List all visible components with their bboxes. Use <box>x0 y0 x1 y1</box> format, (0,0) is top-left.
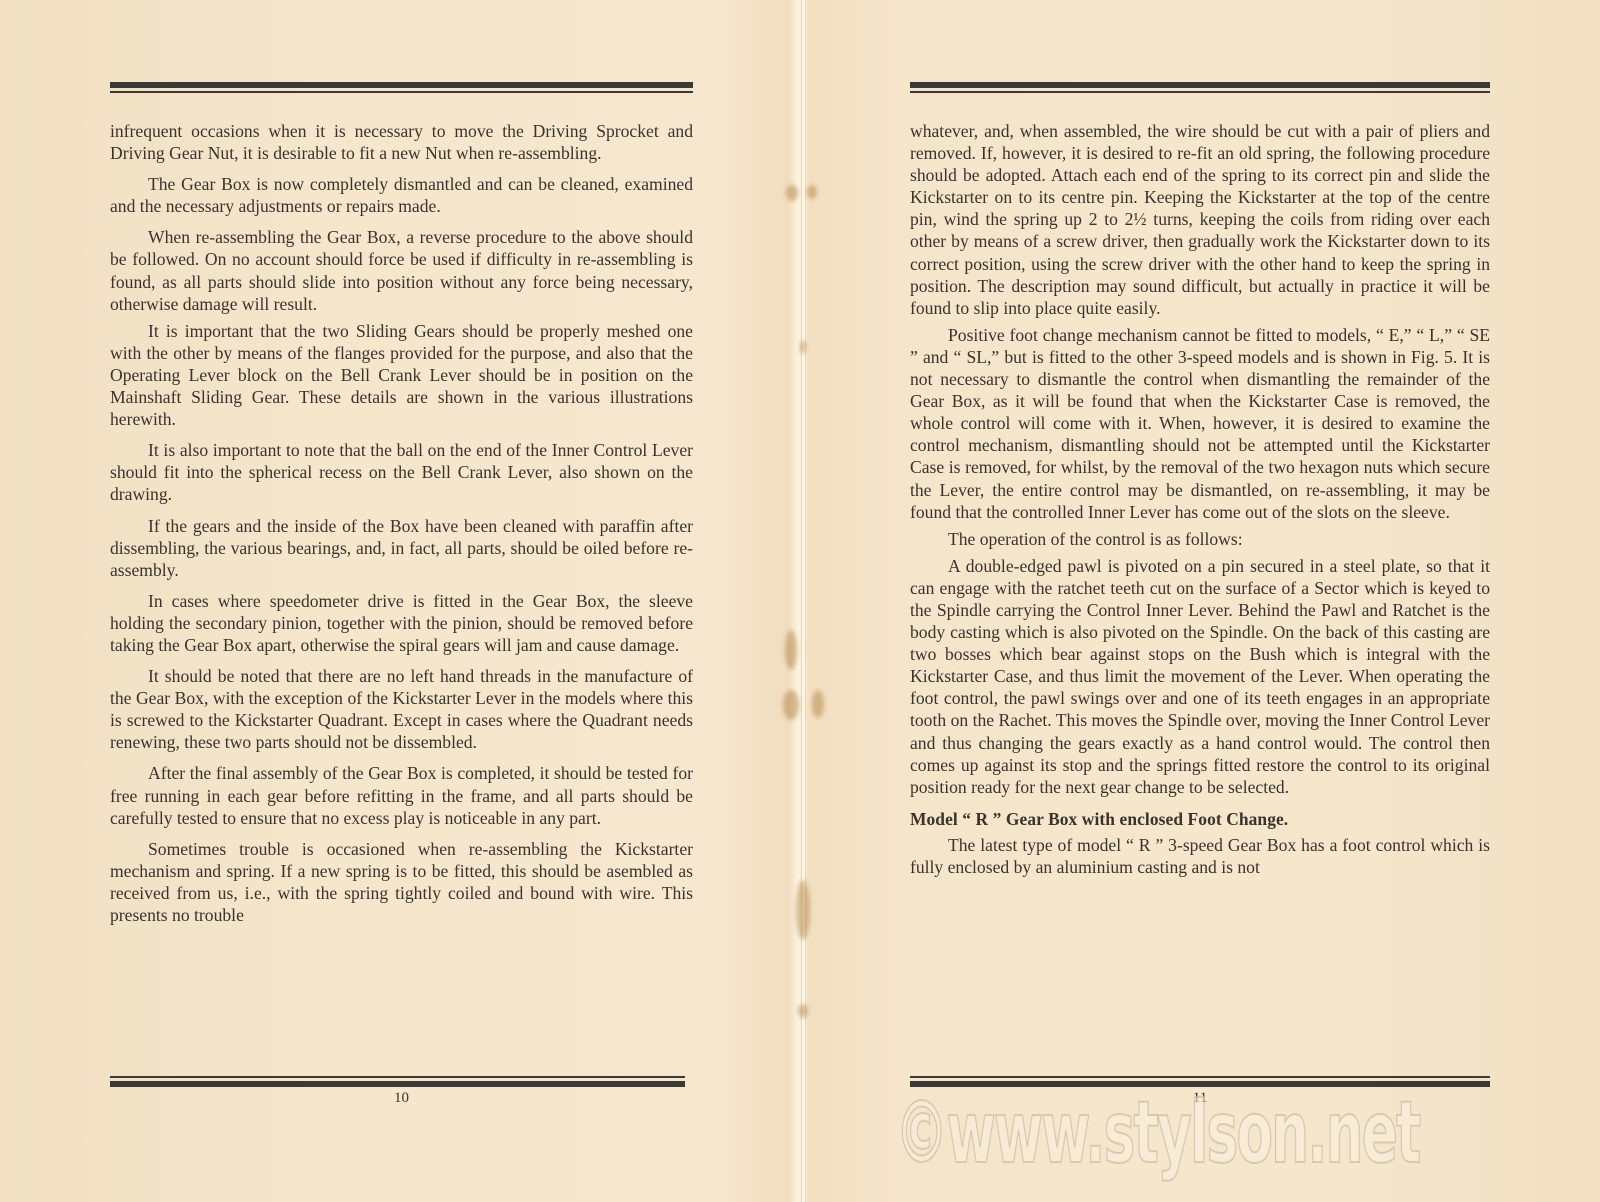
staple-stain <box>812 690 824 718</box>
paragraph: Positive foot change mechanism cannot be… <box>910 324 1490 523</box>
paragraph: infrequent occasions when it is necessar… <box>110 120 693 164</box>
paragraph: It is also important to note that the ba… <box>110 439 693 505</box>
paragraph: After the final assembly of the Gear Box… <box>110 762 693 828</box>
paragraph: whatever, and, when assembled, the wire … <box>910 120 1490 319</box>
paragraph: The Gear Box is now completely dismantle… <box>110 173 693 217</box>
footer-double-rule <box>110 1076 685 1088</box>
staple-stain <box>783 690 799 720</box>
paragraph: It should be noted that there are no lef… <box>110 665 693 753</box>
right-page-body: whatever, and, when assembled, the wire … <box>910 120 1490 887</box>
staple-stain <box>798 1004 808 1018</box>
staple-stain <box>785 630 797 670</box>
page-number: 10 <box>110 1090 693 1107</box>
header-double-rule <box>910 82 1490 94</box>
staple-stain <box>800 340 806 354</box>
staple-stain <box>796 880 810 940</box>
paragraph: Sometimes trouble is occasioned when re-… <box>110 838 693 926</box>
copyright-watermark: ©www.stylson.net <box>895 1090 1420 1176</box>
paragraph: It is important that the two Sliding Gea… <box>110 320 693 430</box>
book-gutter <box>802 0 805 1202</box>
paragraph: The latest type of model “ R ” 3-speed G… <box>910 834 1490 878</box>
header-double-rule <box>110 82 693 94</box>
staple-stain <box>807 185 817 199</box>
left-page-body: infrequent occasions when it is necessar… <box>110 120 693 935</box>
paragraph: When re-assembling the Gear Box, a rever… <box>110 226 693 314</box>
paragraph: The operation of the control is as follo… <box>910 528 1490 550</box>
staple-stain <box>786 185 798 201</box>
section-heading: Model “ R ” Gear Box with enclosed Foot … <box>910 808 1490 830</box>
paragraph: A double-edged pawl is pivoted on a pin … <box>910 555 1490 798</box>
paragraph: In cases where speedometer drive is fitt… <box>110 590 693 656</box>
paragraph: If the gears and the inside of the Box h… <box>110 515 693 581</box>
